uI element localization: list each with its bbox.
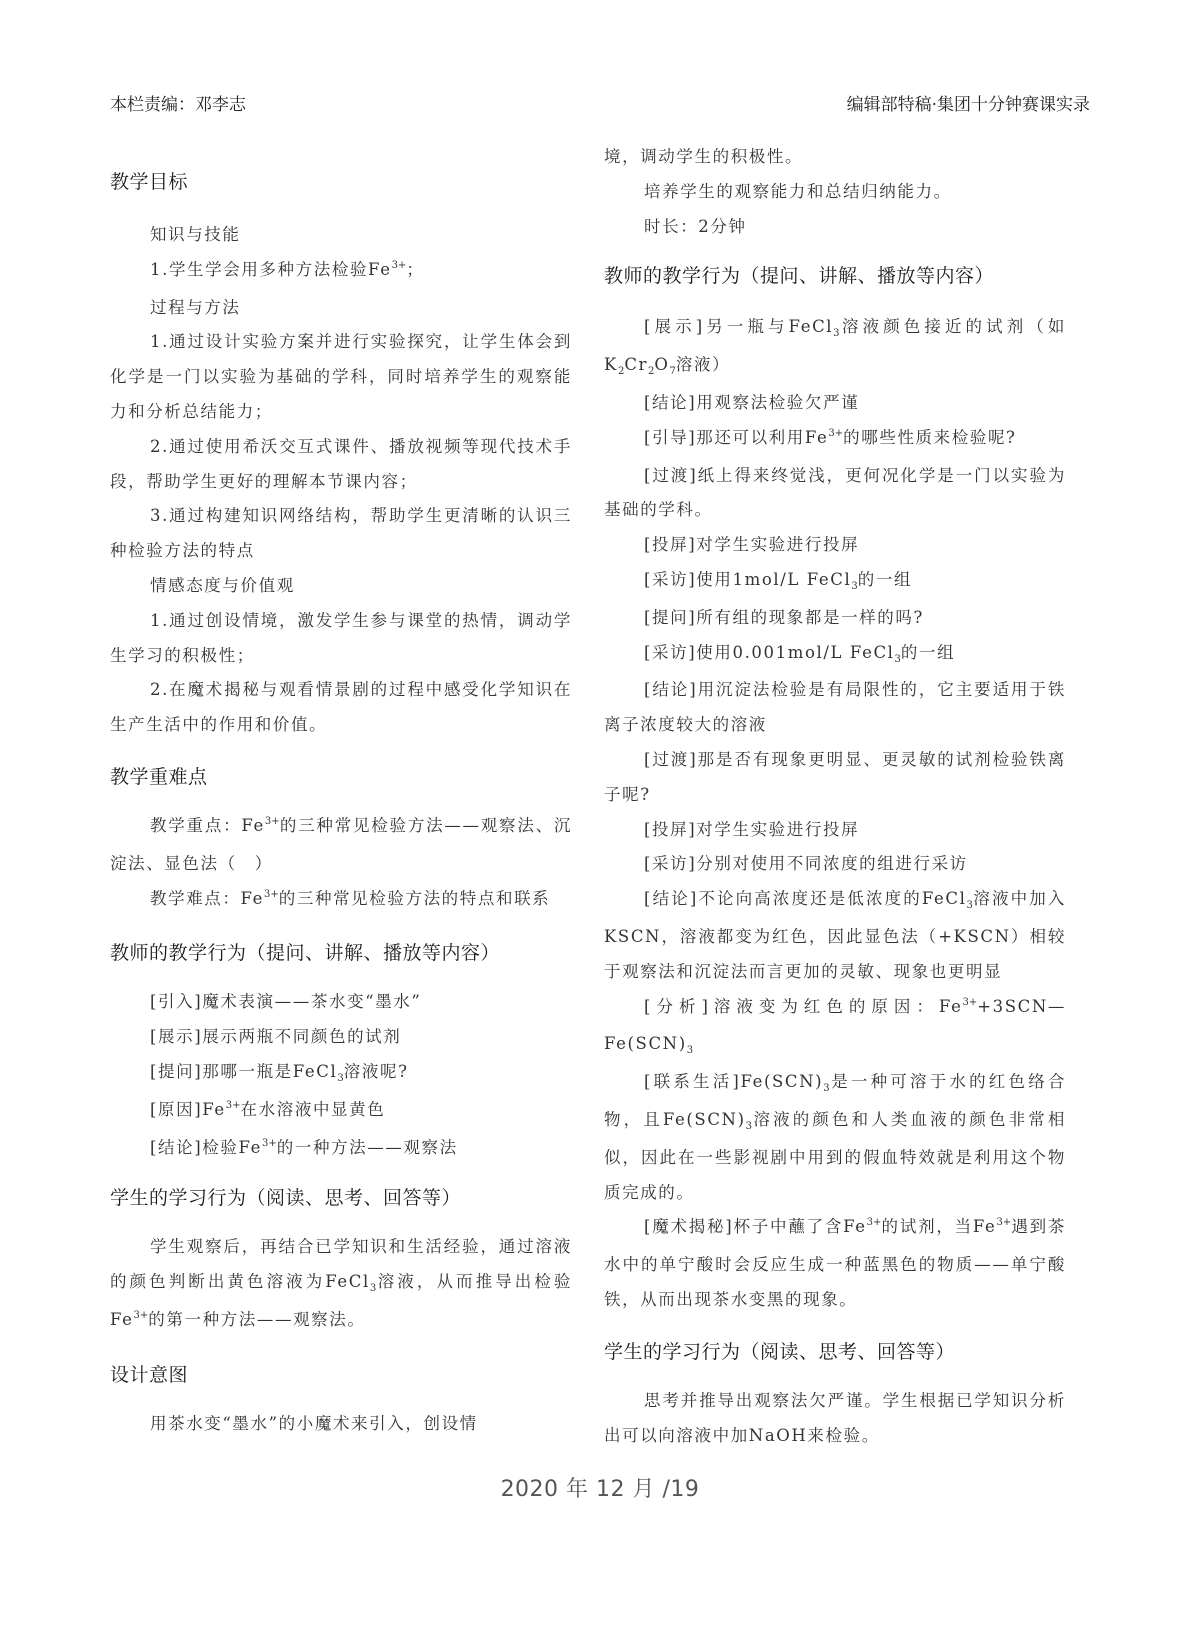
paragraph: 1.通过创设情境，激发学生参与课堂的热情，调动学生学习的积极性； — [110, 604, 572, 674]
list-item: [采访]使用1mol/L FeCl3的一组 — [604, 563, 1066, 601]
list-item: [过渡]那是否有现象更明显、更灵敏的试剂检验铁离子呢? — [604, 743, 1066, 813]
list-item: [结论]检验Fe3+的一种方法——观察法 — [110, 1131, 572, 1169]
heading-design-intent: 设计意图 — [110, 1363, 572, 1387]
page-header: 本栏责编：邓李志 编辑部特稿·集团十分钟赛课实录 — [110, 90, 1090, 116]
list-item: [展示]展示两瓶不同颜色的试剂 — [110, 1020, 572, 1055]
subheading-process-method: 过程与方法 — [110, 291, 572, 326]
paragraph: 1.学生学会用多种方法检验Fe3+； — [110, 253, 572, 291]
left-column: 教学目标 知识与技能 1.学生学会用多种方法检验Fe3+； 过程与方法 1.通过… — [110, 140, 572, 1442]
heading-student-behavior: 学生的学习行为（阅读、思考、回答等） — [604, 1340, 1066, 1364]
list-item: [结论]不论向高浓度还是低浓度的FeCl3溶液中加入KSCN，溶液都变为红色，因… — [604, 882, 1066, 989]
paragraph: 3.通过构建知识网络结构，帮助学生更清晰的认识三种检验方法的特点 — [110, 499, 572, 569]
list-item: [展示]另一瓶与FeCl3溶液颜色接近的试剂（如K2Cr2O7溶液） — [604, 310, 1066, 386]
column-editor: 本栏责编：邓李志 — [110, 90, 246, 115]
heading-teaching-goals: 教学目标 — [110, 170, 572, 194]
paragraph: 思考并推导出观察法欠严谨。学生根据已学知识分析出可以向溶液中加NaOH来检验。 — [604, 1384, 1066, 1454]
list-item: [引导]那还可以利用Fe3+的哪些性质来检验呢? — [604, 421, 1066, 459]
heading-teacher-behavior: 教师的教学行为（提问、讲解、播放等内容） — [110, 941, 572, 965]
list-item: [提问]那哪一瓶是FeCl3溶液呢? — [110, 1055, 572, 1093]
paragraph: 境，调动学生的积极性。 — [604, 140, 1066, 175]
paragraph: 教学重点：Fe3+的三种常见检验方法——观察法、沉淀法、显色法（ ） — [110, 809, 572, 882]
paragraph: 学生观察后，再结合已学知识和生活经验，通过溶液的颜色判断出黄色溶液为FeCl3溶… — [110, 1230, 572, 1340]
heading-student-behavior: 学生的学习行为（阅读、思考、回答等） — [110, 1186, 572, 1210]
page-footer: 2020 年 12 月 /19 — [0, 1472, 1200, 1503]
list-item: [过渡]纸上得来终觉浅，更何况化学是一门以实验为基础的学科。 — [604, 459, 1066, 529]
list-item: [投屏]对学生实验进行投屏 — [604, 528, 1066, 563]
paragraph: 2.在魔术揭秘与观看情景剧的过程中感受化学知识在生产生活中的作用和价值。 — [110, 673, 572, 743]
list-item: [采访]使用0.001mol/L FeCl3的一组 — [604, 636, 1066, 674]
list-item: [原因]Fe3+在水溶液中显黄色 — [110, 1093, 572, 1131]
list-item: [魔术揭秘]杯子中蘸了含Fe3+的试剂，当Fe3+遇到茶水中的单宁酸时会反应生成… — [604, 1210, 1066, 1317]
paragraph: 培养学生的观察能力和总结归纳能力。 — [604, 175, 1066, 210]
paragraph: 2.通过使用希沃交互式课件、播放视频等现代技术手段，帮助学生更好的理解本节课内容… — [110, 430, 572, 500]
right-column: 境，调动学生的积极性。 培养学生的观察能力和总结归纳能力。 时长：2分钟 教师的… — [604, 140, 1066, 1453]
subheading-emotion-values: 情感态度与价值观 — [110, 569, 572, 604]
list-item: [结论]用沉淀法检验是有局限性的，它主要适用于铁离子浓度较大的溶液 — [604, 673, 1066, 743]
heading-key-points: 教学重难点 — [110, 765, 572, 789]
list-item: [引入]魔术表演——茶水变“墨水” — [110, 985, 572, 1020]
list-item: [分析]溶液变为红色的原因：Fe3++3SCN—Fe(SCN)3 — [604, 990, 1066, 1066]
subheading-knowledge-skills: 知识与技能 — [110, 218, 572, 253]
heading-teacher-behavior: 教师的教学行为（提问、讲解、播放等内容） — [604, 264, 1066, 288]
list-item: [联系生活]Fe(SCN)3是一种可溶于水的红色络合物，且Fe(SCN)3溶液的… — [604, 1065, 1066, 1210]
section-title: 编辑部特稿·集团十分钟赛课实录 — [847, 90, 1090, 115]
list-item: [投屏]对学生实验进行投屏 — [604, 813, 1066, 848]
duration-text: 时长：2分钟 — [604, 210, 1066, 245]
list-item: [采访]分别对使用不同浓度的组进行采访 — [604, 847, 1066, 882]
paragraph: 用茶水变“墨水”的小魔术来引入，创设情 — [110, 1407, 572, 1442]
paragraph: 教学难点：Fe3+的三种常见检验方法的特点和联系 — [110, 882, 572, 920]
list-item: [提问]所有组的现象都是一样的吗? — [604, 601, 1066, 636]
list-item: [结论]用观察法检验欠严谨 — [604, 386, 1066, 421]
paragraph: 1.通过设计实验方案并进行实验探究，让学生体会到化学是一门以实验为基础的学科，同… — [110, 325, 572, 429]
